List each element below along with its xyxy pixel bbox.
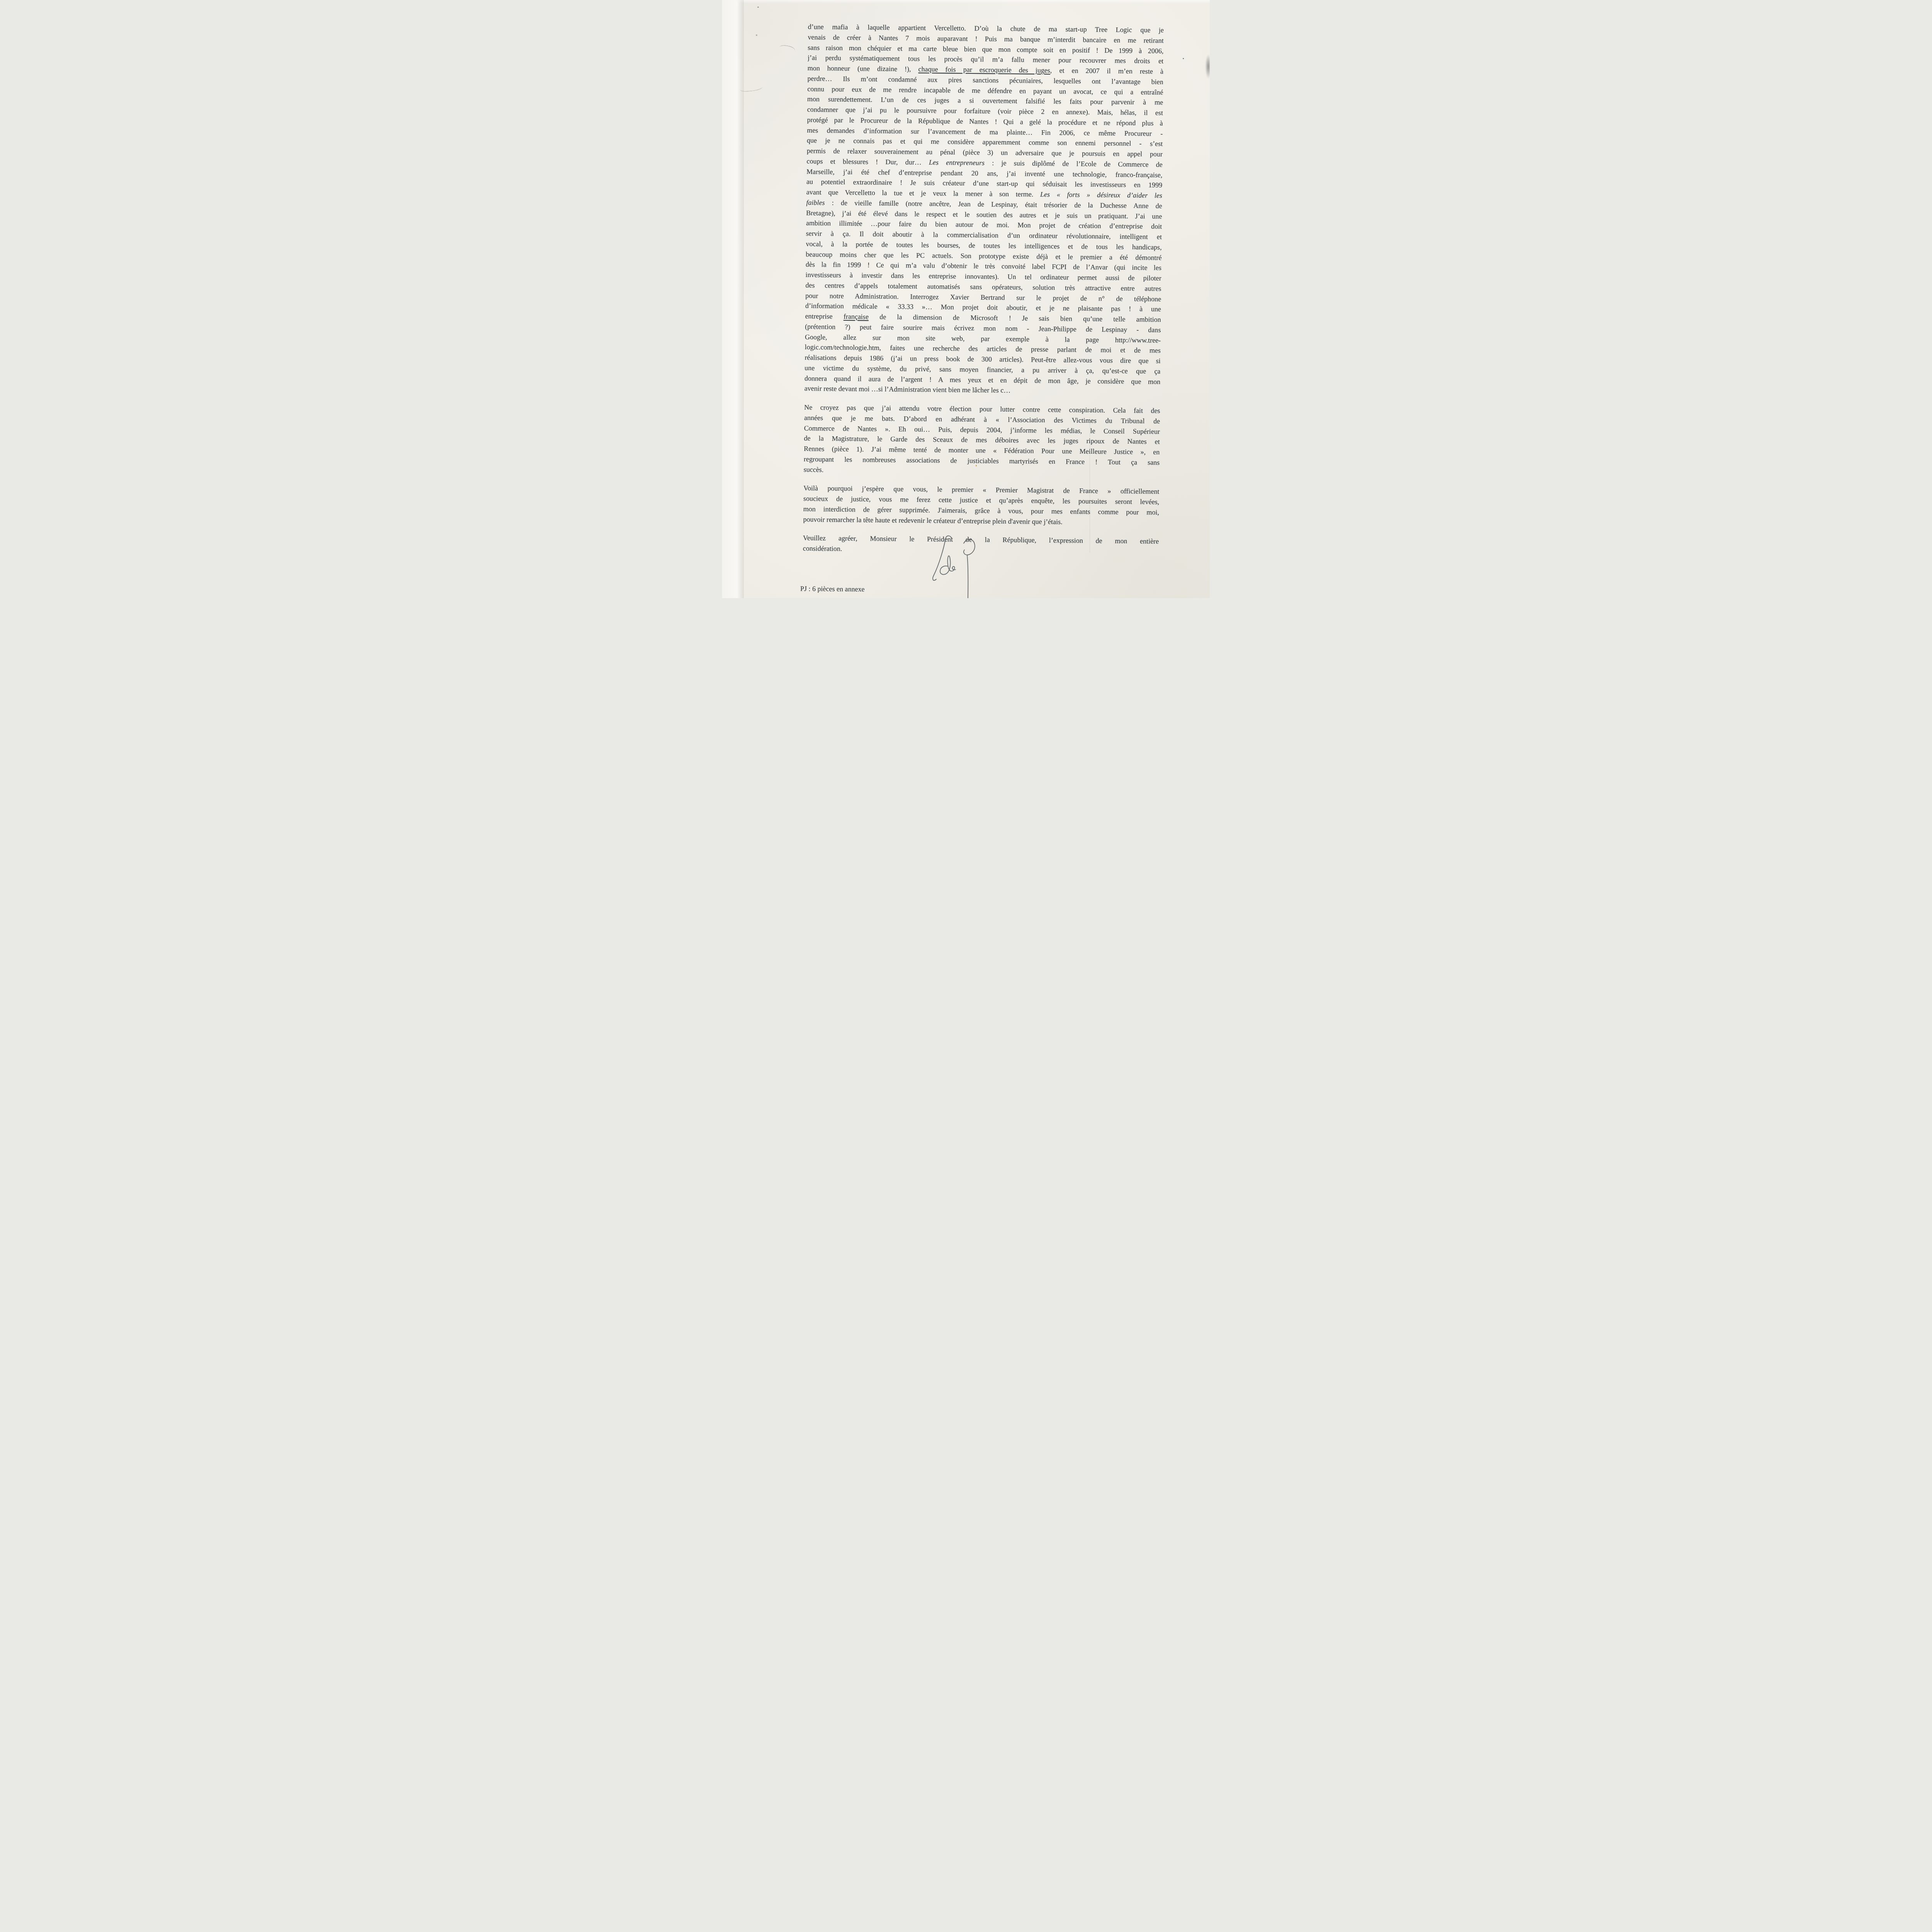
text-segment: de la dimension de Microsoft ! Je sais b… — [869, 313, 1161, 323]
signature-stroke — [964, 539, 975, 598]
text-segment: années que je me bats. D’abord en adhéra… — [804, 414, 1160, 425]
handwritten-signature — [914, 532, 1019, 598]
paragraph: Ne croyez pas que j’ai attendu votre éle… — [804, 402, 1160, 478]
text-segment: (prétention ?) peut faire sourire mais é… — [805, 323, 1161, 334]
text-segment: : de vieille famille (notre ancêtre, Jea… — [825, 199, 1162, 209]
text-segment: vocal, à la portée de toutes les bourses… — [806, 240, 1162, 251]
text-segment: avenir reste devant moi …si l’Administra… — [804, 384, 1011, 394]
text-segment: entreprise — [805, 312, 844, 320]
scanned-letter-page: d’une mafia à laquelle appartient Vercel… — [722, 0, 1210, 598]
scan-fleck — [976, 465, 977, 466]
text-segment: pouvoir remarcher la tête haute et redev… — [803, 515, 1063, 525]
text-segment: des centres d’appels totalement automati… — [805, 281, 1161, 293]
underlined-phrase: chaque fois par escroquerie des juges — [918, 65, 1050, 74]
letter-body: d’une mafia à laquelle appartient Vercel… — [803, 22, 1164, 566]
signature-icon — [914, 532, 1019, 598]
scan-speck — [757, 7, 759, 8]
text-segment: une victime du système, du privé, sans m… — [804, 364, 1160, 375]
text-segment: , et en 2007 il m’en reste à — [1050, 66, 1163, 75]
text-segment: avant que Vercelletto la tue et je veux … — [806, 188, 1041, 198]
text-segment: regroupant les nombreuses associations d… — [804, 455, 1160, 466]
scan-smudge — [1205, 54, 1210, 79]
text-segment: protégé par le Procureur de la Républiqu… — [807, 116, 1163, 127]
paragraph: Voilà pourquoi j’espère que vous, le pre… — [803, 483, 1160, 528]
scan-speck — [1183, 58, 1184, 59]
text-segment: venais de créer à Nantes 7 mois auparava… — [808, 33, 1164, 44]
text-segment: considération. — [803, 544, 842, 553]
text-segment: mon interdiction de gérer supprimée. J'a… — [803, 505, 1159, 516]
attachment-note: PJ : 6 pièces en annexe — [800, 585, 865, 593]
text-segment: : je suis diplômé de l’Ecole de Commerce… — [985, 159, 1163, 168]
text-segment: coups et blessures ! Dur, dur… — [806, 157, 929, 166]
text-segment: succès. — [804, 465, 824, 473]
italic-phrase: Les « forts » désireux d’aider les — [1040, 190, 1162, 199]
italic-phrase: faibles — [806, 199, 825, 206]
text-segment: mon honneur (une dizaine !), — [808, 64, 918, 73]
italic-phrase: Les entrepreneurs — [929, 158, 985, 167]
underlined-phrase: française — [844, 313, 869, 321]
text-segment: perdre… Ils m’ont condamné aux pires san… — [807, 75, 1163, 86]
signature-stroke — [940, 556, 956, 574]
signature-stroke — [933, 536, 952, 580]
paragraph: d’une mafia à laquelle appartient Vercel… — [804, 22, 1164, 397]
scan-streak — [1090, 417, 1090, 553]
scan-speck — [756, 34, 757, 36]
scan-scratch — [779, 44, 796, 53]
